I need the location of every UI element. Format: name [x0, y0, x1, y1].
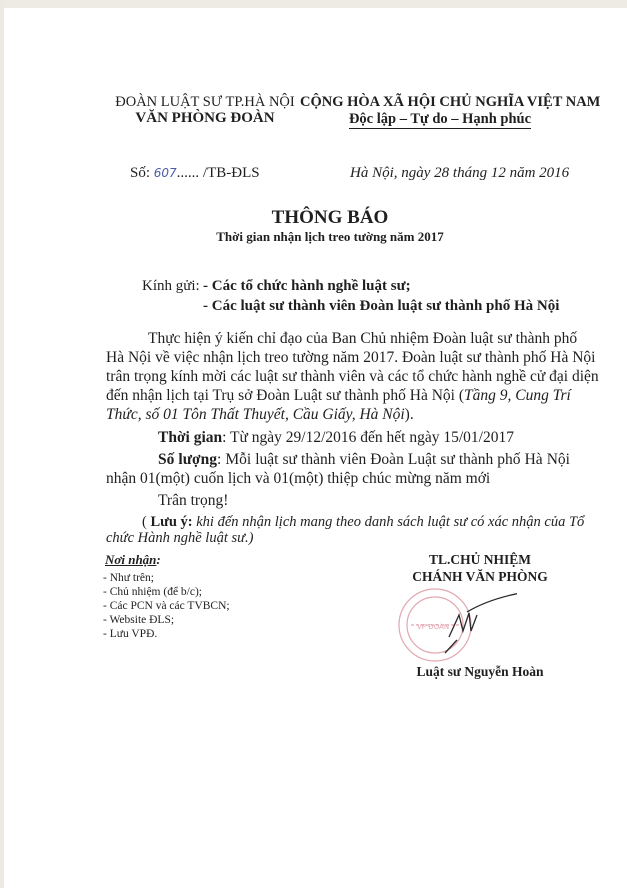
- scan-edge-left: [0, 0, 4, 888]
- scan-edge-top: [0, 0, 627, 8]
- organization-name: ĐOÀN LUẬT SƯ TP.HÀ NỘI: [102, 94, 308, 111]
- signature-title: TL.CHỦ NHIỆM: [380, 552, 580, 568]
- document-subtitle: Thời gian nhận lịch treo tường năm 2017: [0, 229, 627, 245]
- body-line: đến nhận lịch tại Trụ sở Đoàn Luật sư th…: [106, 387, 570, 405]
- recipients-footer-item: - Lưu VPĐ.: [103, 628, 157, 640]
- body-line: trân trọng kính mời các luật sư thành vi…: [106, 368, 570, 386]
- document-number-suffix: /TB-ĐLS: [203, 165, 260, 181]
- quantity-line: Số lượng: Mỗi luật sư thành viên Đoàn Lu…: [158, 451, 570, 469]
- document-number-label: Số:: [130, 165, 150, 181]
- place-date: Hà Nội, ngày 28 tháng 12 năm 2016: [350, 165, 569, 182]
- address-part-2: Thức, số 01 Tôn Thất Thuyết, Cầu Giấy, H…: [106, 406, 405, 423]
- nation-name: CỘNG HÒA XÃ HỘI CHỦ NGHĨA VIỆT NAM: [300, 94, 580, 111]
- notice-line: ( Lưu ý: khi đến nhận lịch mang theo dan…: [142, 514, 584, 531]
- recipients-footer-item: - Website ĐLS;: [103, 614, 174, 626]
- recipients-footer-title: Nơi nhận:: [105, 552, 161, 568]
- quantity-line-2: nhận 01(một) cuốn lịch và 01(một) thiệp …: [106, 470, 570, 488]
- office-name-text: VĂN PHÒNG ĐOÀN: [135, 110, 274, 126]
- notice-line-2: chức Hành nghề luật sư.): [106, 530, 254, 547]
- document-number: Số: 607...... /TB-ĐLS: [130, 165, 260, 182]
- document-title: THÔNG BÁO: [0, 207, 627, 229]
- recipients-label: Kính gửi:: [142, 278, 200, 295]
- document-number-handwritten: 607: [154, 166, 177, 180]
- quantity-value: : Mỗi luật sư thành viên Đoàn Luật sư th…: [217, 451, 570, 468]
- time-label: Thời gian: [158, 429, 222, 446]
- official-stamp-icon: VP ĐOÀN: [397, 585, 517, 665]
- closing: Trân trọng!: [158, 492, 622, 510]
- body-line: Thức, số 01 Tôn Thất Thuyết, Cầu Giấy, H…: [106, 406, 570, 424]
- body-line: Thực hiện ý kiến chỉ đạo của Ban Chủ nhi…: [148, 330, 570, 348]
- recipients-footer-item: - Như trên;: [103, 572, 154, 584]
- office-name: VĂN PHÒNG ĐOÀN: [102, 110, 308, 127]
- notice-text: khi đến nhận lịch mang theo danh sách lu…: [193, 514, 585, 530]
- time-line: Thời gian: Từ ngày 29/12/2016 đến hết ng…: [158, 429, 622, 447]
- address-part-1: Tầng 9, Cung Trí: [464, 387, 571, 404]
- recipient-item: - Các tổ chức hành nghề luật sư;: [203, 278, 411, 295]
- recipient-item: - Các luật sư thành viên Đoàn luật sư th…: [203, 298, 559, 315]
- recipients-footer-item: - Chủ nhiệm (để b/c);: [103, 586, 202, 598]
- quantity-label: Số lượng: [158, 451, 217, 468]
- national-motto: Độc lập – Tự do – Hạnh phúc: [300, 111, 580, 128]
- national-motto-text: Độc lập – Tự do – Hạnh phúc: [349, 111, 531, 129]
- body-line: Hà Nội về việc nhận lịch treo tường năm …: [106, 349, 570, 367]
- svg-text:VP ĐOÀN: VP ĐOÀN: [417, 622, 449, 631]
- signature-position: CHÁNH VĂN PHÒNG: [380, 569, 580, 585]
- time-value: : Từ ngày 29/12/2016 đến hết ngày 15/01/…: [222, 429, 514, 446]
- signer-name: Luật sư Nguyễn Hoàn: [380, 664, 580, 680]
- notice-label: Lưu ý:: [150, 514, 192, 530]
- document-number-dots: ......: [177, 165, 200, 181]
- recipients-footer-item: - Các PCN và các TVBCN;: [103, 600, 230, 612]
